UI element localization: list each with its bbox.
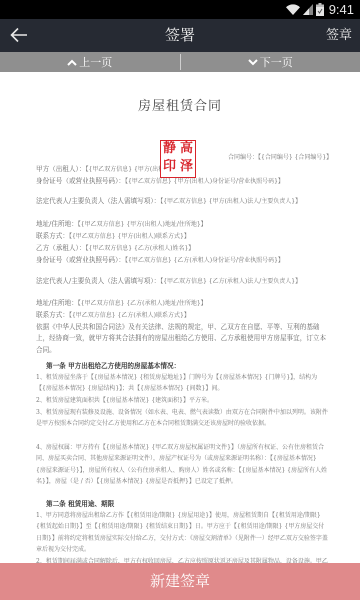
section-1-heading: 第一条 甲方出租给乙方使用的房屋基本情况： bbox=[46, 360, 180, 370]
page-title: 签署 bbox=[0, 19, 360, 52]
status-bar: 9:41 bbox=[0, 0, 360, 19]
wifi-icon bbox=[286, 4, 300, 15]
section-2-item-1: 1、甲方同意将房屋出租给乙方作【{租赁用途/期限} {房屋用途}】使用，房屋租赁… bbox=[36, 510, 328, 555]
seal-char: 高 bbox=[178, 141, 195, 159]
party-b-id: 身份证号（或营业执照号码）：【{甲乙双方信息} {乙方(承租人)身份证号/营业执… bbox=[36, 255, 328, 266]
seal-char: 静 bbox=[161, 141, 178, 159]
section-2-heading: 第二条 租赁用途、期限 bbox=[46, 498, 114, 508]
prev-page-label: 上一页 bbox=[79, 54, 112, 70]
document-title: 房屋租赁合同 bbox=[0, 95, 360, 114]
party-a-legal-rep: 法定代表人/主要负责人（法人需填写项）：【{甲乙双方信息} {甲方(出租人)法人… bbox=[36, 196, 328, 207]
party-b-address: 地址/住所地：【{甲乙双方信息} {乙方(承租人)地址/住所地}】 bbox=[36, 298, 328, 309]
section-1-item-4: 4、房屋权属：甲方持有【{房屋基本情况} {甲乙双方房屋权属证明文件}】（房屋所… bbox=[36, 442, 328, 487]
chevron-down-icon bbox=[248, 59, 258, 66]
contract-preamble: 依据《中华人民共和国合同法》及有关法律、法规的规定，甲、乙双方在自愿、平等、互利… bbox=[36, 322, 328, 356]
section-1-item-1: 1、租赁房屋坐落于【{房屋基本情况} {租赁房屋地址}】门牌号为【{房屋基本情况… bbox=[36, 372, 328, 395]
battery-icon bbox=[316, 3, 324, 16]
section-1-item-2: 2、租赁房屋建筑面积共【{房屋基本情况} {建筑面积}】平方米。 bbox=[36, 395, 328, 406]
party-a-contact: 联系方式：【{甲乙双方信息} {甲方(出租人)联系方式}】 bbox=[36, 231, 328, 242]
party-b-legal-rep: 法定代表人/主要负责人（法人需填写项）：【{甲乙双方信息} {乙方(承租人)法人… bbox=[36, 276, 328, 287]
signature-seal[interactable]: 静 高 印 泽 bbox=[160, 140, 196, 178]
seal-char: 泽 bbox=[178, 159, 195, 177]
app-bar: 签署 签章 bbox=[0, 19, 360, 52]
next-page-label: 下一页 bbox=[260, 54, 293, 70]
arrow-left-icon bbox=[10, 27, 28, 43]
status-icons: 9:41 bbox=[286, 2, 354, 17]
back-button[interactable] bbox=[6, 22, 32, 48]
next-page-button[interactable]: 下一页 bbox=[181, 52, 360, 72]
signature-button[interactable]: 签章 bbox=[326, 19, 352, 52]
section-1-item-3: 3、租赁房屋现有装修及设施、设备情况（如水表、电表、燃气表读数）由双方在合同附件… bbox=[36, 407, 328, 430]
status-time: 9:41 bbox=[329, 2, 354, 17]
chevron-up-icon bbox=[67, 59, 77, 66]
contract-number: 合同编号：【{合同编号} {合同编号}】 bbox=[228, 152, 332, 161]
party-b-name: 乙方（承租人）：【{甲乙双方信息} {乙方(承租人)姓名}】 bbox=[36, 243, 328, 254]
party-b-contact: 联系方式：【{甲乙双方信息} {乙方(承租人)联系方式}】 bbox=[36, 310, 328, 321]
page-navigator: 上一页 下一页 bbox=[0, 52, 360, 72]
document-viewer[interactable]: 房屋租赁合同 合同编号：【{合同编号} {合同编号}】 甲方（出租人）：【{甲乙… bbox=[0, 72, 360, 564]
prev-page-button[interactable]: 上一页 bbox=[0, 52, 180, 72]
cellular-signal-icon bbox=[303, 4, 313, 15]
seal-char: 印 bbox=[161, 159, 178, 177]
party-a-address: 地址/住所地：【{甲乙双方信息} {甲方(出租人)地址/住所地}】 bbox=[36, 219, 328, 230]
new-signature-button[interactable]: 新建签章 bbox=[0, 563, 360, 600]
